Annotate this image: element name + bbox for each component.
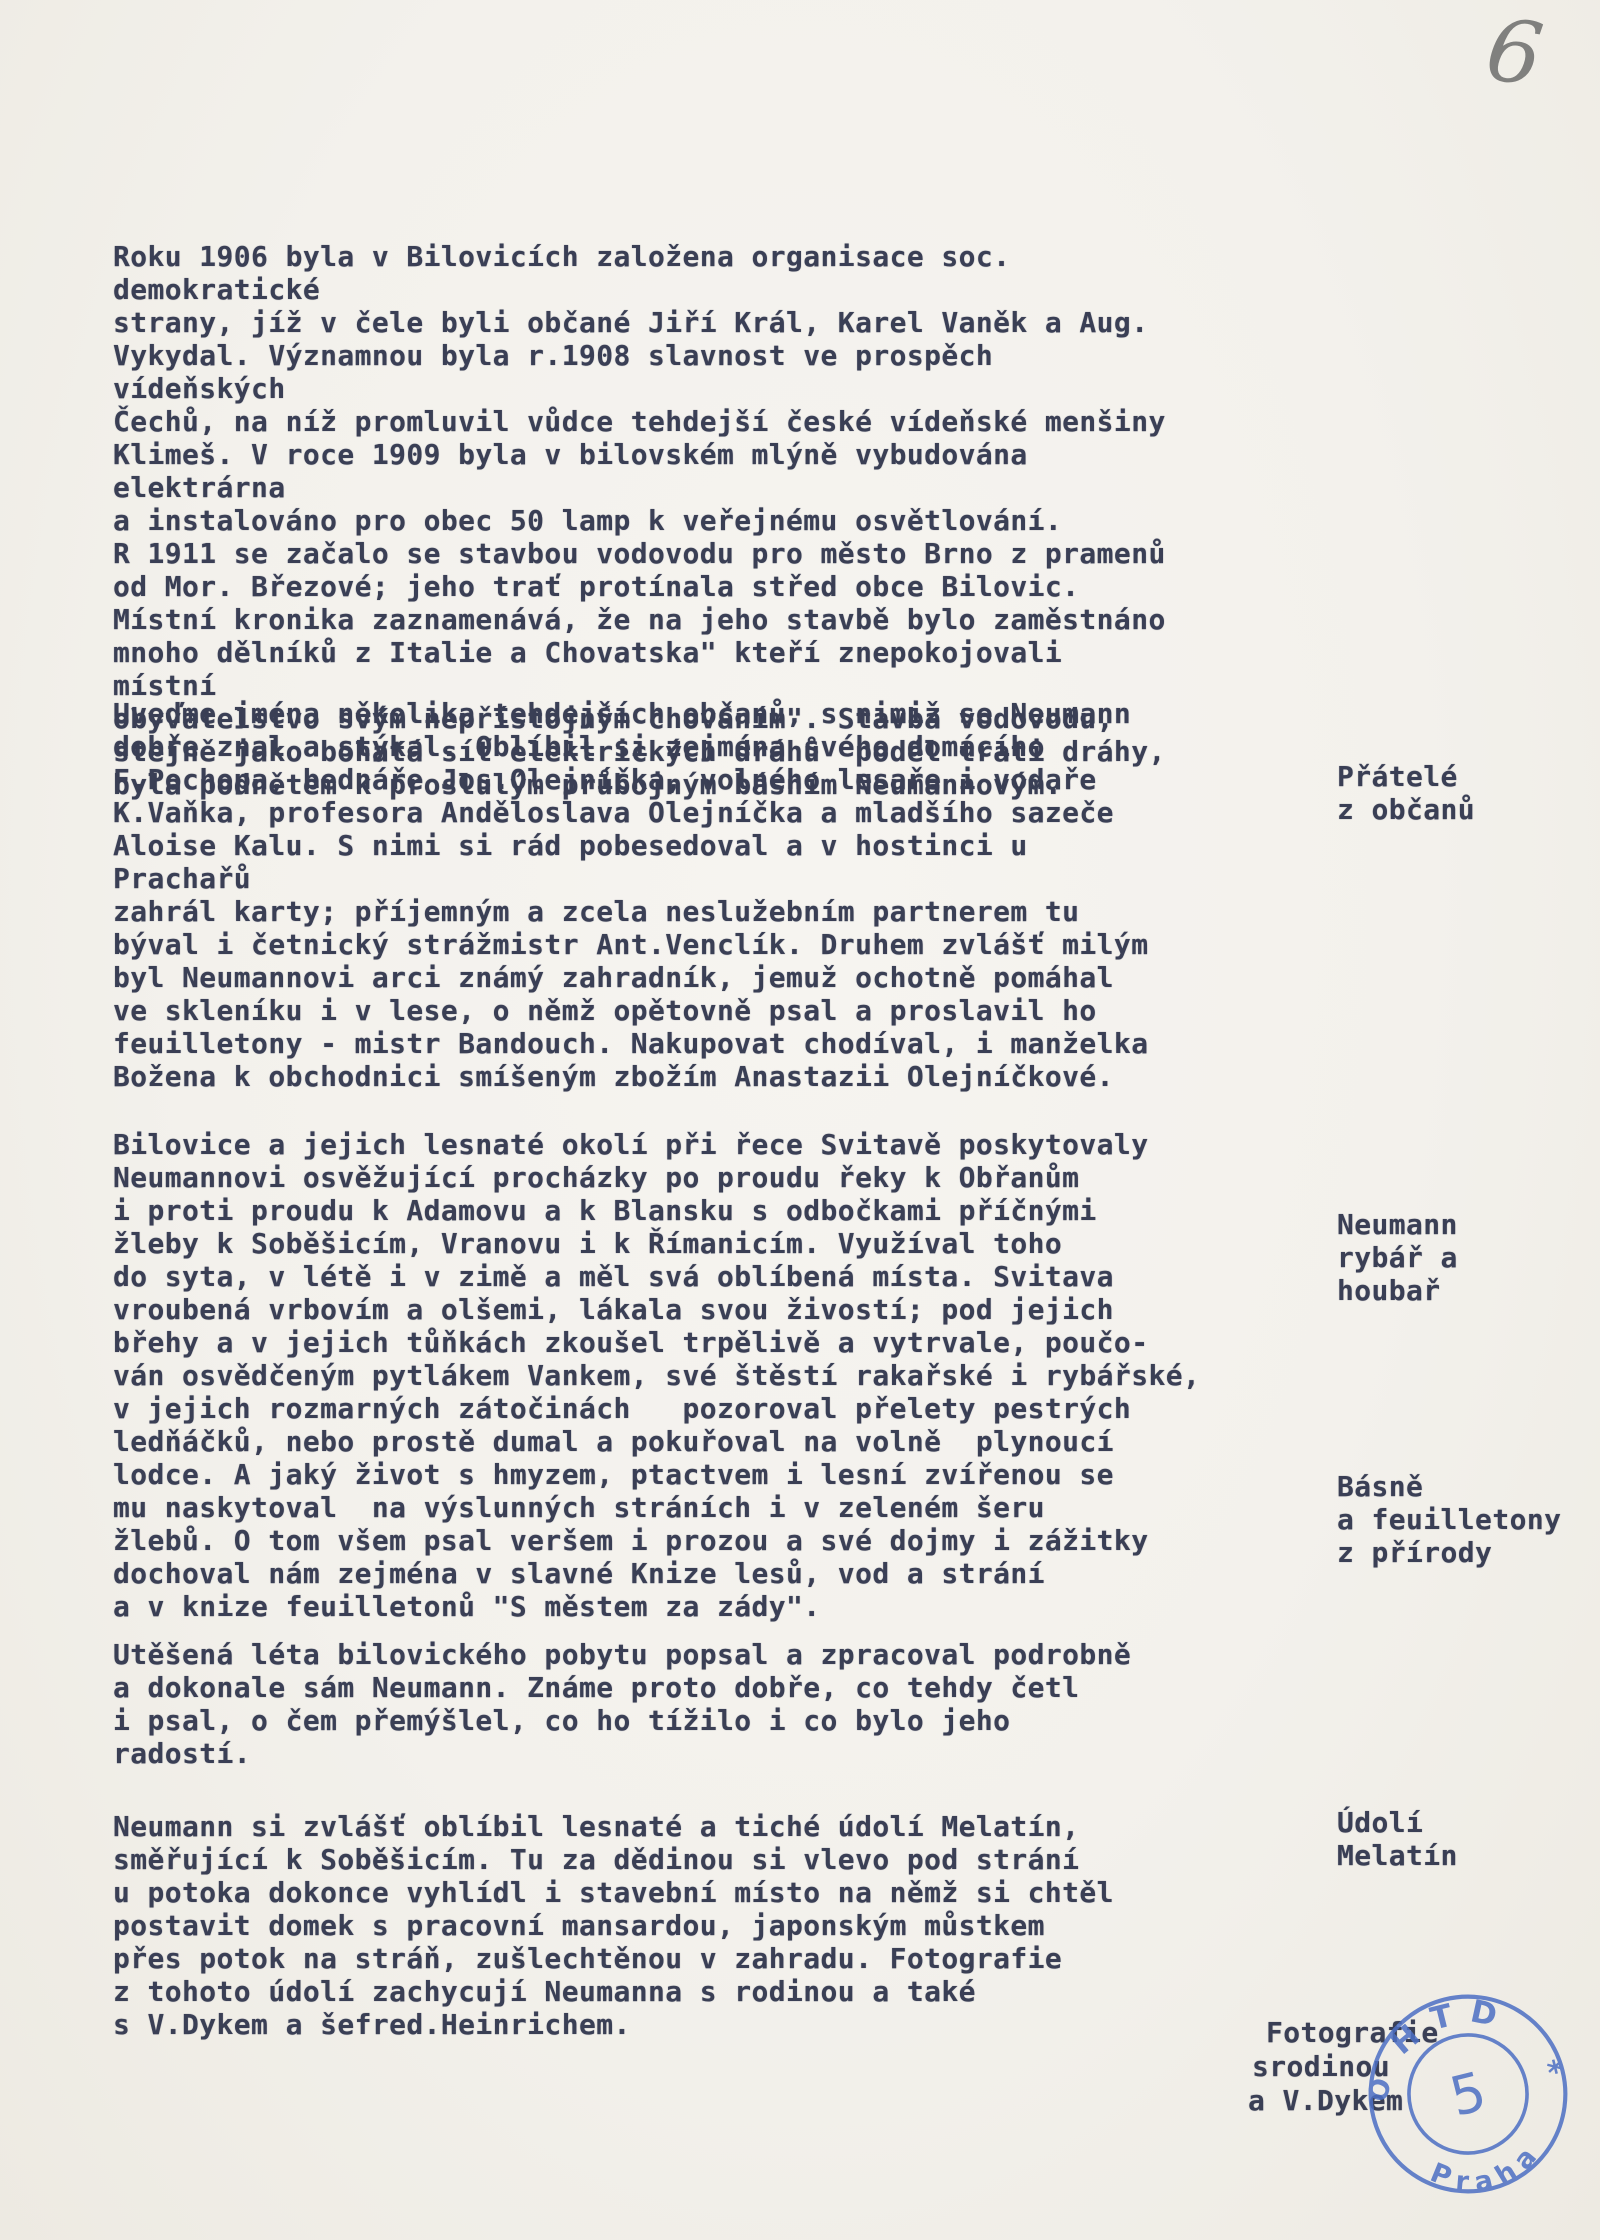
stamp-center-number: 5 [1444, 2059, 1492, 2128]
paragraph-2-fellow-citizens: Uveďme jména několika tehdejších občanů,… [113, 697, 1173, 1093]
scanned-typewritten-page: 6 Roku 1906 byla v Bilovicích založena o… [0, 0, 1600, 2240]
paragraph-3-svitava-walks: Bilovice a jejich lesnaté okolí při řece… [113, 1128, 1203, 1623]
handwritten-page-number: 6 [1481, 7, 1547, 100]
margin-note-melatin-valley: Údolí Melatín [1337, 1806, 1597, 1872]
stamp-ring-left-letter: O [1362, 2074, 1399, 2106]
paragraph-5-melatin-valley: Neumann si zvlášť oblíbil lesnaté a tich… [113, 1810, 1173, 2041]
paragraph-4-bilovice-years: Utěšená léta bilovického pobytu popsal a… [113, 1638, 1173, 1770]
stamp-ring-bottom-text: Praha [1420, 2131, 1555, 2211]
margin-note-poems-feuilletons: Básně a feuilletony z přírody [1337, 1470, 1597, 1569]
margin-note-friends-among-citizens: Přátelé z občanů [1337, 760, 1597, 826]
stamp-ring-top-text: HTD [1379, 1982, 1522, 2066]
round-blue-stamp: HTD Praha O * 5 [1327, 1953, 1600, 2234]
margin-note-neumann-fisherman: Neumann rybář a houbař [1337, 1208, 1597, 1307]
